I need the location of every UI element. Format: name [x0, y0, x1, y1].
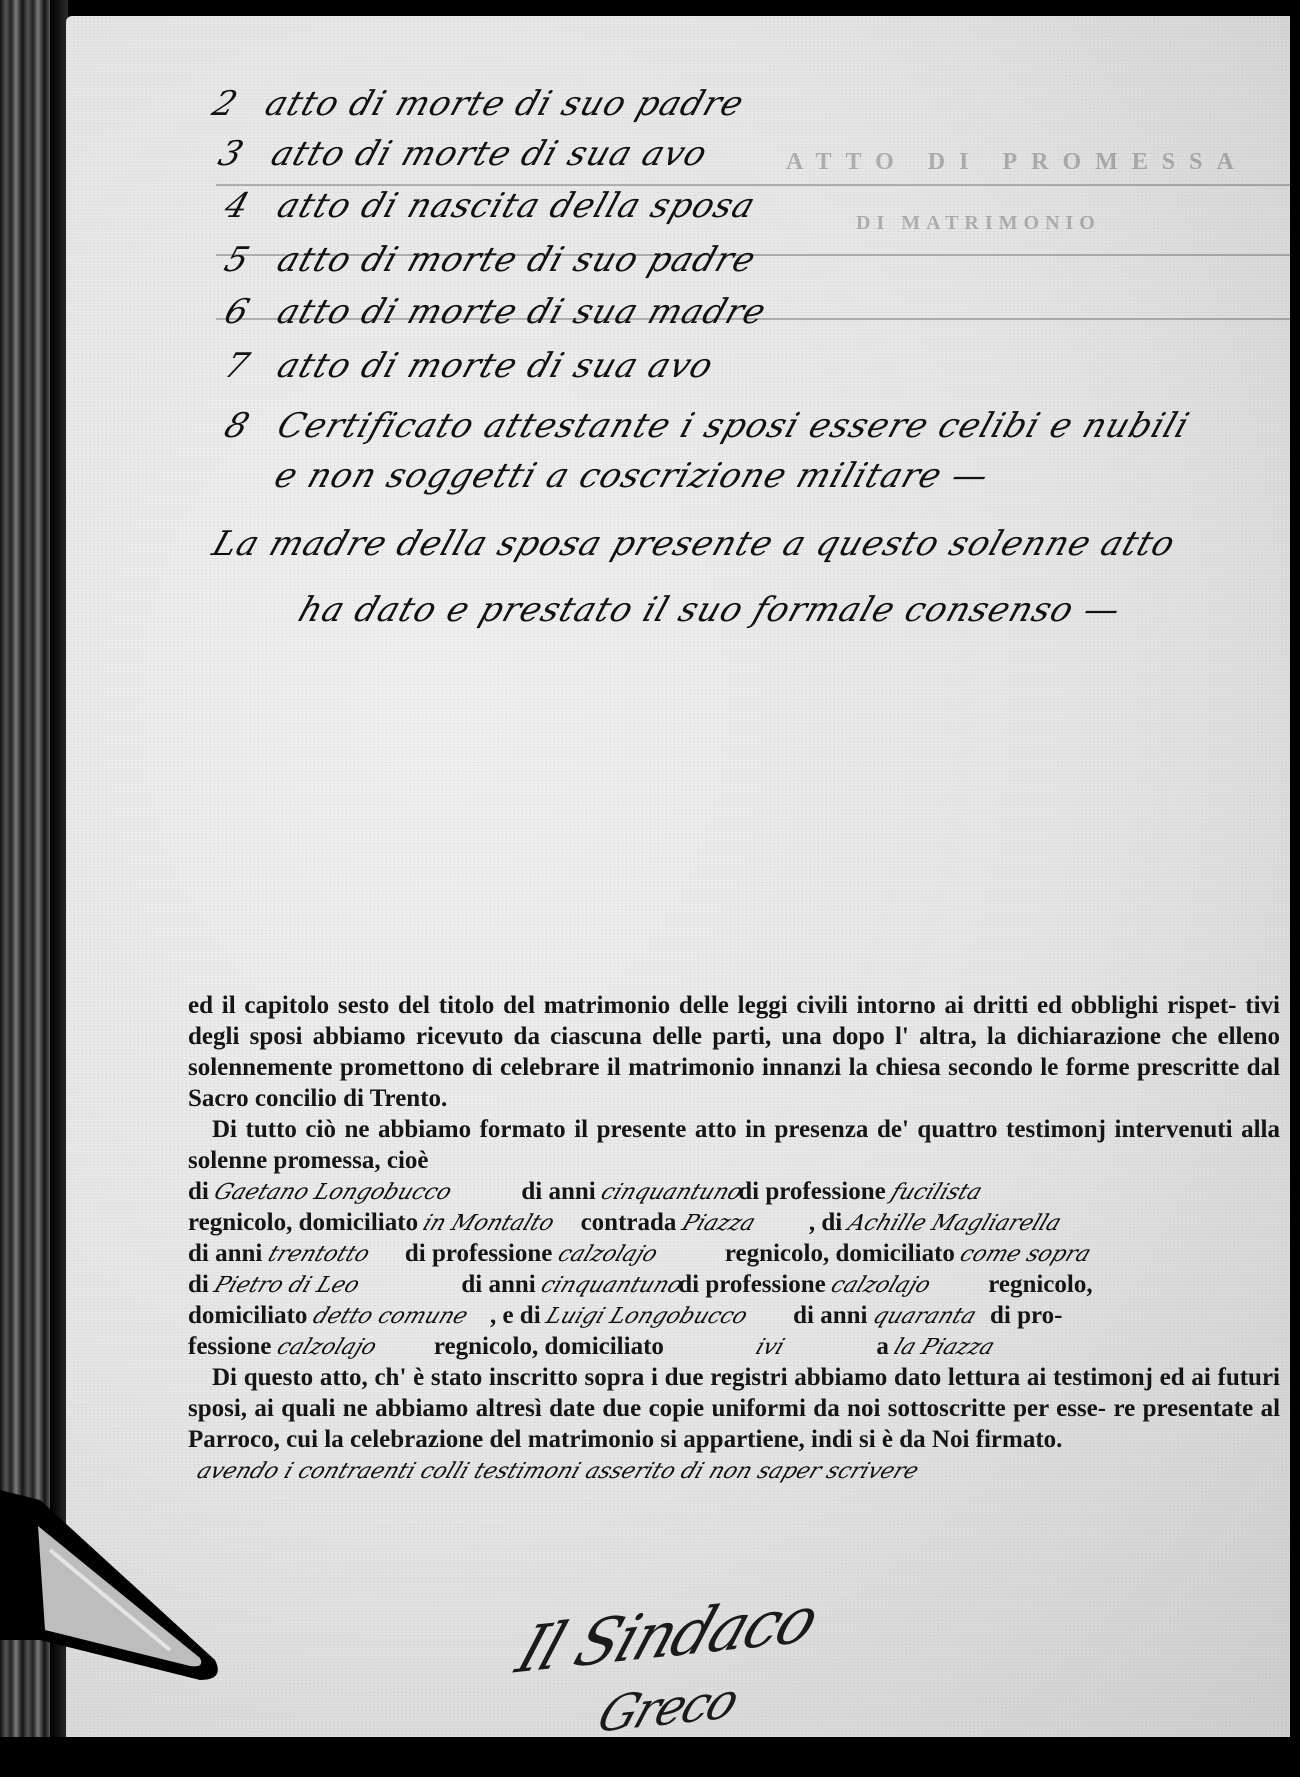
witness-2-domicile: come sopra: [956, 1239, 1096, 1270]
witness-2-age: trentotto: [263, 1239, 404, 1270]
witness-3-age: cinquantuno: [536, 1270, 677, 1301]
witness-line: domiciliato detto comune , e di Luigi Lo…: [188, 1300, 1280, 1331]
list-item: 7atto di morte di sua avo: [220, 346, 719, 386]
witness-block: di Gaetano Longobucco di anni cinquantun…: [188, 1176, 1280, 1362]
binding-clip-icon: [0, 1490, 270, 1690]
witness-1-name: Gaetano Longobucco: [209, 1177, 520, 1208]
page-right-edge: [1290, 0, 1300, 1777]
witness-line: di Gaetano Longobucco di anni cinquantun…: [188, 1176, 1280, 1207]
witness-line: fessione calzolajo regnicolo, domiciliat…: [188, 1331, 1280, 1362]
note-line: La madre della sposa presente a questo s…: [208, 524, 1181, 564]
list-item: 2atto di morte di suo padre: [208, 84, 750, 124]
bleed-through-subtitle: DI MATRIMONIO: [856, 212, 1101, 235]
witness-line: di anni trentotto di professione calzola…: [188, 1238, 1280, 1269]
witness-1-age: cinquantuno: [596, 1177, 737, 1208]
witness-3-domicile: detto comune: [308, 1301, 489, 1332]
witness-3-profession: calzolajo: [826, 1270, 987, 1301]
paragraph-reading-and-signing: Di questo atto, ch' è stato inscritto so…: [188, 1362, 1280, 1455]
witness-1-profession: fucilista: [886, 1177, 986, 1208]
list-item: 3atto di morte di sua avo: [214, 134, 713, 174]
paragraph-legal-basis: ed il capitolo sesto del titolo del matr…: [188, 990, 1280, 1114]
bleed-through-title: ATTO DI PROMESSA: [786, 149, 1248, 176]
note-line: ha dato e prestato il suo formale consen…: [294, 590, 1127, 630]
witness-2-profession: calzolajo: [553, 1239, 724, 1270]
witness-4-profession: calzolajo: [272, 1332, 433, 1363]
list-item: 5atto di morte di suo padre: [220, 240, 762, 280]
page-bottom-edge: [0, 1737, 1300, 1777]
scanned-document: ATTO DI PROMESSA DI MATRIMONIO 2atto di …: [0, 0, 1300, 1777]
list-item: e non soggetti a coscrizione militare —: [270, 456, 995, 496]
witness-4-age: quaranta: [868, 1301, 989, 1332]
witness-4-name: Luigi Longobucco: [541, 1301, 792, 1332]
witness-1-street: Piazza: [677, 1208, 808, 1239]
witness-2-name: Achille Magliarella: [843, 1208, 1065, 1239]
witness-1-domicile: in Montalto: [419, 1208, 580, 1239]
printed-form-body: ed il capitolo sesto del titolo del matr…: [188, 990, 1280, 1486]
paragraph-witnesses-intro: Di tutto ciò ne abbiamo formato il prese…: [188, 1114, 1280, 1176]
list-item: 8Certificato attestante i sposi essere c…: [220, 406, 1195, 446]
witness-4-domicile: ivi: [665, 1332, 876, 1363]
witness-line: regnicolo, domiciliato in Montalto contr…: [188, 1207, 1280, 1238]
witness-3-name: Pietro di Leo: [209, 1270, 460, 1301]
witness-4-street: la Piazza: [890, 1332, 1000, 1363]
witness-line: di Pietro di Leo di anni cinquantuno di …: [188, 1269, 1280, 1300]
closing-note: avendo i contraenti colli testimoni asse…: [188, 1455, 1280, 1486]
list-item: 4atto di nascita della sposa: [220, 186, 761, 226]
list-item: 6atto di morte di sua madre: [220, 292, 772, 332]
